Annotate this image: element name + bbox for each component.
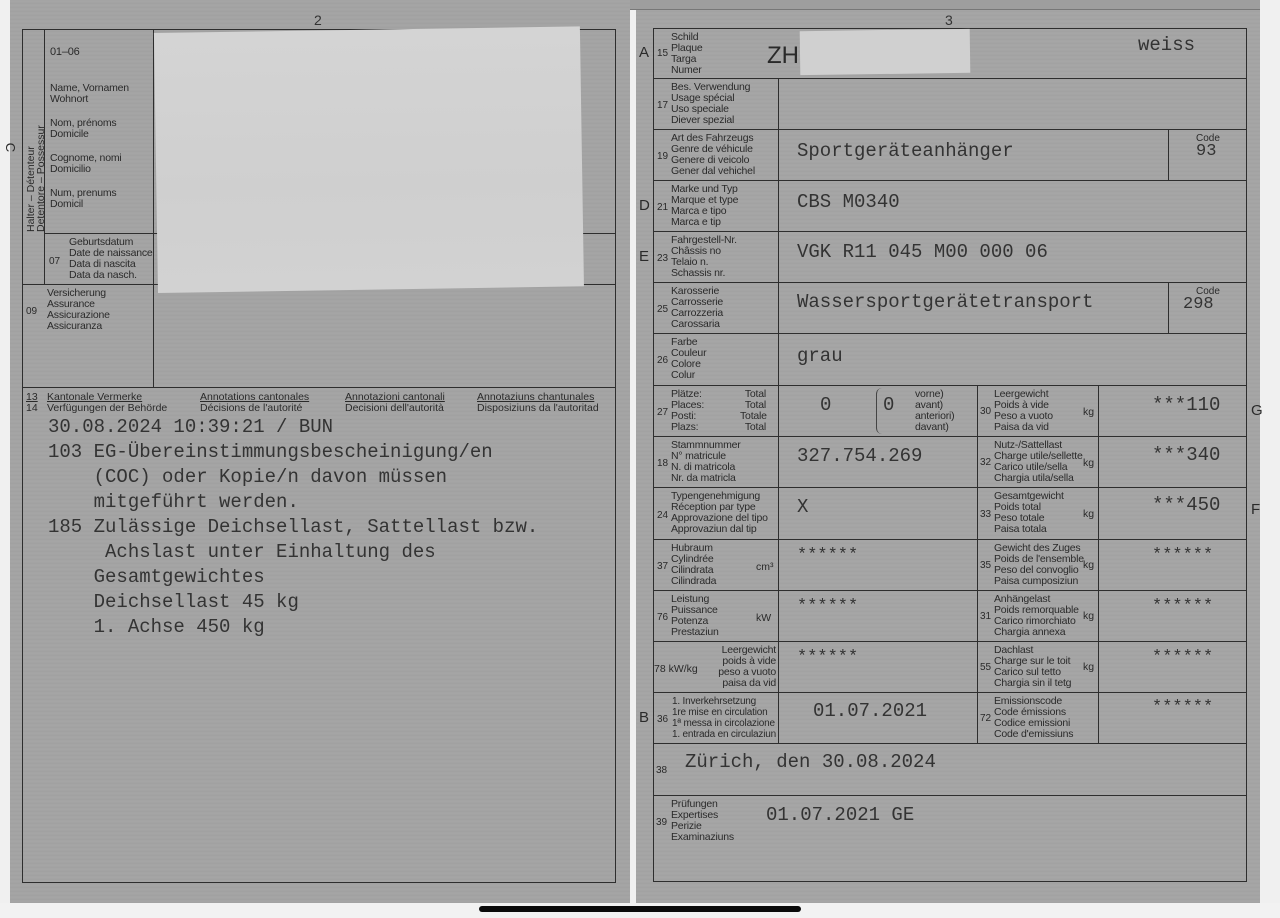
- field-label-line: Examinaziuns: [671, 832, 734, 843]
- decisions-header-rm: Disposiziuns da l'autoritad: [477, 403, 599, 414]
- unit-label: kg: [1083, 559, 1094, 571]
- grid-line-vertical: [977, 385, 978, 743]
- field-label-line: Colur: [671, 370, 706, 381]
- annotations-code-14: 14: [26, 403, 38, 414]
- field-number: 37: [657, 561, 668, 572]
- grid-line-horizontal: [653, 78, 1247, 79]
- holder-field-code: 01–06: [50, 47, 80, 58]
- total-weight-labels: GesamtgewichtPoids totalPeso totalePaisa…: [994, 491, 1064, 535]
- vehicle-type-labels: Art des FahrzeugsGenre de véhiculeGenere…: [671, 133, 755, 177]
- field-label-line: paisa da vid: [712, 678, 776, 689]
- grid-line-vertical: [1168, 129, 1169, 180]
- grid-line-vertical: [778, 78, 779, 743]
- seats-front-labels: vorne)avant)anteriori)davant): [915, 389, 954, 433]
- power-labels: LeistungPuissancePotenzaPrestaziun: [671, 594, 719, 638]
- emission-code-value: ******: [1152, 698, 1213, 717]
- type-approval-labels: TypengenehmigungRéception par typeApprov…: [671, 491, 768, 535]
- decisions-header-de: Verfügungen der Behörde: [47, 403, 167, 414]
- side-letter-c: C: [3, 143, 18, 152]
- field-label-line: Chargia annexa: [994, 627, 1079, 638]
- first-registration-labels: 1. Inverkehrsetzung1re mise en circulati…: [672, 696, 776, 740]
- field-label-line: Cilindrada: [671, 576, 716, 587]
- make-model-labels: Marke und TypMarque et typeMarca e tipoM…: [671, 184, 738, 228]
- field-number: 32: [980, 457, 991, 468]
- power-weight-labels: Leergewichtpoids à videpeso a vuotopaisa…: [712, 645, 776, 689]
- displacement-value: ******: [797, 546, 858, 565]
- unit-label: kg: [1083, 610, 1094, 622]
- grid-line-horizontal: [653, 795, 1247, 796]
- side-letter-d: D: [639, 197, 650, 214]
- total-weight-value: ***450: [1152, 494, 1220, 516]
- type-approval-value: X: [797, 496, 808, 518]
- field-label-line: Data da nasch.: [69, 270, 153, 281]
- page-number-right: 3: [945, 12, 953, 28]
- holder-label-it: Cognome, nomiDomicilio: [50, 153, 122, 175]
- grid-line-horizontal: [653, 231, 1247, 232]
- unit-label: cm³: [756, 561, 774, 573]
- birthdate-labels: GeburtsdatumDate de naissanceData di nas…: [69, 237, 153, 281]
- empty-weight-value: ***110: [1152, 394, 1220, 416]
- side-letter-g: G: [1251, 402, 1263, 419]
- field-label-line: davant): [915, 422, 954, 433]
- vehicle-type-value: Sportgeräteanhänger: [797, 140, 1014, 162]
- side-letter-a: A: [639, 44, 649, 61]
- field-number: 35: [980, 560, 991, 571]
- matriculation-value: 327.754.269: [797, 445, 922, 467]
- make-model-value: CBS M0340: [797, 191, 900, 213]
- field-number: 23: [657, 253, 668, 264]
- towing-load-value: ******: [1152, 597, 1213, 616]
- towing-load-labels: AnhängelastPoids remorquableCarico rimor…: [994, 594, 1079, 638]
- decisions-header-it: Decisioni dell'autorità: [345, 403, 444, 414]
- page-number-left: 2: [314, 12, 322, 28]
- plate-canton: ZH: [767, 42, 799, 70]
- privacy-sticker-plate: [800, 29, 971, 75]
- grid-line-horizontal: [653, 539, 1247, 540]
- grid-line-horizontal: [22, 387, 616, 388]
- empty-weight-labels: LeergewichtPoids à videPeso a vuotoPaisa…: [994, 389, 1053, 433]
- payload-value: ***340: [1152, 444, 1220, 466]
- field-number: 78 kW/kg: [654, 663, 698, 675]
- side-letter-b: B: [639, 709, 649, 726]
- field-label-line: Plazs:: [671, 422, 704, 433]
- grid-line-horizontal: [653, 333, 1247, 334]
- field-label-line: Paisa da vid: [994, 422, 1053, 433]
- holder-label-de: Name, VornamenWohnort: [50, 83, 129, 105]
- field-label-line: Total: [740, 422, 766, 433]
- field-label-line: Diever spezial: [671, 115, 750, 126]
- matriculation-labels: StammnummerN° matriculeN. di matricolaNr…: [671, 440, 741, 484]
- field-label-line: Numer: [671, 65, 703, 76]
- power-value: ******: [797, 597, 858, 616]
- field-label-line: Domicile: [50, 129, 116, 140]
- grid-line-horizontal: [653, 590, 1247, 591]
- field-number: 33: [980, 509, 991, 520]
- grid-line-horizontal: [653, 487, 1247, 488]
- holder-vertical-label-2: Detentore – Possessur: [36, 125, 47, 232]
- train-weight-value: ******: [1152, 546, 1213, 565]
- color-value: grau: [797, 345, 843, 367]
- field-label-line: Marca e tip: [671, 217, 738, 228]
- grid-line-horizontal: [653, 282, 1247, 283]
- plate-code: 15: [657, 48, 668, 59]
- field-label-line: 1. entrada en circulaziun: [672, 729, 776, 740]
- field-label-line: Domicil: [50, 199, 116, 210]
- field-number: 19: [657, 151, 668, 162]
- field-number: 21: [657, 202, 668, 213]
- privacy-sticker-holder: [154, 26, 584, 293]
- field-number: 24: [657, 510, 668, 521]
- field-label-line: Nr. da matricla: [671, 473, 741, 484]
- vehicle-type-code: 93: [1196, 142, 1216, 161]
- field-number: 39: [656, 817, 667, 828]
- special-use-labels: Bes. VerwendungUsage spécialUso speciale…: [671, 82, 750, 126]
- grid-line-horizontal: [653, 129, 1247, 130]
- grid-line-horizontal: [653, 743, 1247, 744]
- side-letter-f: F: [1251, 501, 1260, 518]
- insurance-code: 09: [26, 306, 37, 317]
- field-label-line: Carossaria: [671, 319, 723, 330]
- unit-label: kg: [1083, 661, 1094, 673]
- field-number: 26: [657, 355, 668, 366]
- field-label-line: Wohnort: [50, 94, 129, 105]
- emission-code-labels: EmissionscodeCode émissionsCodice emissi…: [994, 696, 1073, 740]
- first-registration-value: 01.07.2021: [813, 700, 927, 722]
- body-value: Wassersportgerätetransport: [797, 291, 1093, 313]
- field-label-line: Paisa totala: [994, 524, 1064, 535]
- field-label-line: Domicilio: [50, 164, 122, 175]
- field-label-line: Approvaziun dal tip: [671, 524, 768, 535]
- grid-line-horizontal: [653, 692, 1247, 693]
- place-date-value: Zürich, den 30.08.2024: [685, 751, 936, 773]
- field-label-line: 1re mise en circulation: [672, 707, 776, 718]
- unit-label: kg: [1083, 508, 1094, 520]
- field-number: 36: [657, 714, 668, 725]
- unit-label: kg: [1083, 457, 1094, 469]
- grid-line-horizontal: [653, 180, 1247, 181]
- roof-load-labels: DachlastCharge sur le toitCarico sul tet…: [994, 645, 1071, 689]
- home-indicator[interactable]: [479, 906, 801, 912]
- annotations-text: 30.08.2024 10:39:21 / BUN 103 EG-Überein…: [48, 415, 538, 640]
- side-letter-e: E: [639, 248, 649, 265]
- chassis-value: VGK R11 045 M00 000 06: [797, 241, 1048, 263]
- field-label-line: Code d'emissiuns: [994, 729, 1073, 740]
- field-label-line: Chargia utila/sella: [994, 473, 1083, 484]
- chassis-labels: Fahrgestell-Nr.Châssis noTelaio n.Schass…: [671, 235, 737, 279]
- field-label-line: Assicuranza: [47, 321, 110, 332]
- grid-line-horizontal: [653, 641, 1247, 642]
- grid-line-vertical: [1168, 282, 1169, 333]
- body-code: 298: [1183, 295, 1214, 314]
- field-number: 25: [657, 304, 668, 315]
- grid-line-horizontal: [653, 385, 1247, 386]
- holder-label-rm: Num, prenumsDomicil: [50, 188, 116, 210]
- seats-front-value: 0: [883, 394, 894, 416]
- plate-color: weiss: [1138, 34, 1195, 56]
- body-labels: KarosserieCarrosserieCarrozzeriaCarossar…: [671, 286, 723, 330]
- payload-labels: Nutz-/SattellastCharge utile/selletteCar…: [994, 440, 1083, 484]
- seats-bracket: [876, 388, 882, 434]
- holder-label-fr: Nom, prénomsDomicile: [50, 118, 116, 140]
- field-label-line: Paisa cumposiziun: [994, 576, 1084, 587]
- inspections-value: 01.07.2021 GE: [766, 804, 914, 826]
- insurance-labels: VersicherungAssuranceAssicurazioneAssicu…: [47, 288, 110, 332]
- grid-line-vertical: [1098, 385, 1099, 743]
- displacement-labels: HubraumCylindréeCilindrataCilindrada: [671, 543, 716, 587]
- seats-total-value: 0: [820, 394, 831, 416]
- decisions-header-fr: Décisions de l'autorité: [200, 403, 302, 414]
- field-label-line: Prestaziun: [671, 627, 719, 638]
- field-number: 38: [656, 765, 667, 776]
- seats-labels: Plätze:Places:Posti:Plazs:: [671, 389, 704, 433]
- power-weight-value: ******: [797, 648, 858, 667]
- grid-line-horizontal: [653, 436, 1247, 437]
- field-number: 17: [657, 100, 668, 111]
- roof-load-value: ******: [1152, 648, 1213, 667]
- unit-label: kg: [1083, 406, 1094, 418]
- field-number: 31: [980, 611, 991, 622]
- field-number: 18: [657, 458, 668, 469]
- inspections-labels: PrüfungenExpertisesPerizieExaminaziuns: [671, 799, 734, 843]
- seats-total-labels: TotalTotalTotaleTotal: [740, 389, 766, 433]
- field-number: 76: [657, 612, 668, 623]
- field-number: 27: [657, 407, 668, 418]
- field-label-line: 1ª messa in circolazione: [672, 718, 776, 729]
- field-label-line: Gener dal vehichel: [671, 166, 755, 177]
- color-labels: FarbeCouleurColoreColur: [671, 337, 706, 381]
- plate-labels: SchildPlaqueTargaNumer: [671, 32, 703, 76]
- field-label-line: Schassis nr.: [671, 268, 737, 279]
- birthdate-code: 07: [49, 256, 60, 267]
- field-number: 30: [980, 406, 991, 417]
- field-label-line: Chargia sin il tetg: [994, 678, 1071, 689]
- train-weight-labels: Gewicht des ZugesPoids de l'ensemblePeso…: [994, 543, 1084, 587]
- unit-label: kW: [756, 612, 771, 624]
- field-label-line: 1. Inverkehrsetzung: [672, 696, 776, 707]
- field-number: 55: [980, 662, 991, 673]
- field-number: 72: [980, 713, 991, 724]
